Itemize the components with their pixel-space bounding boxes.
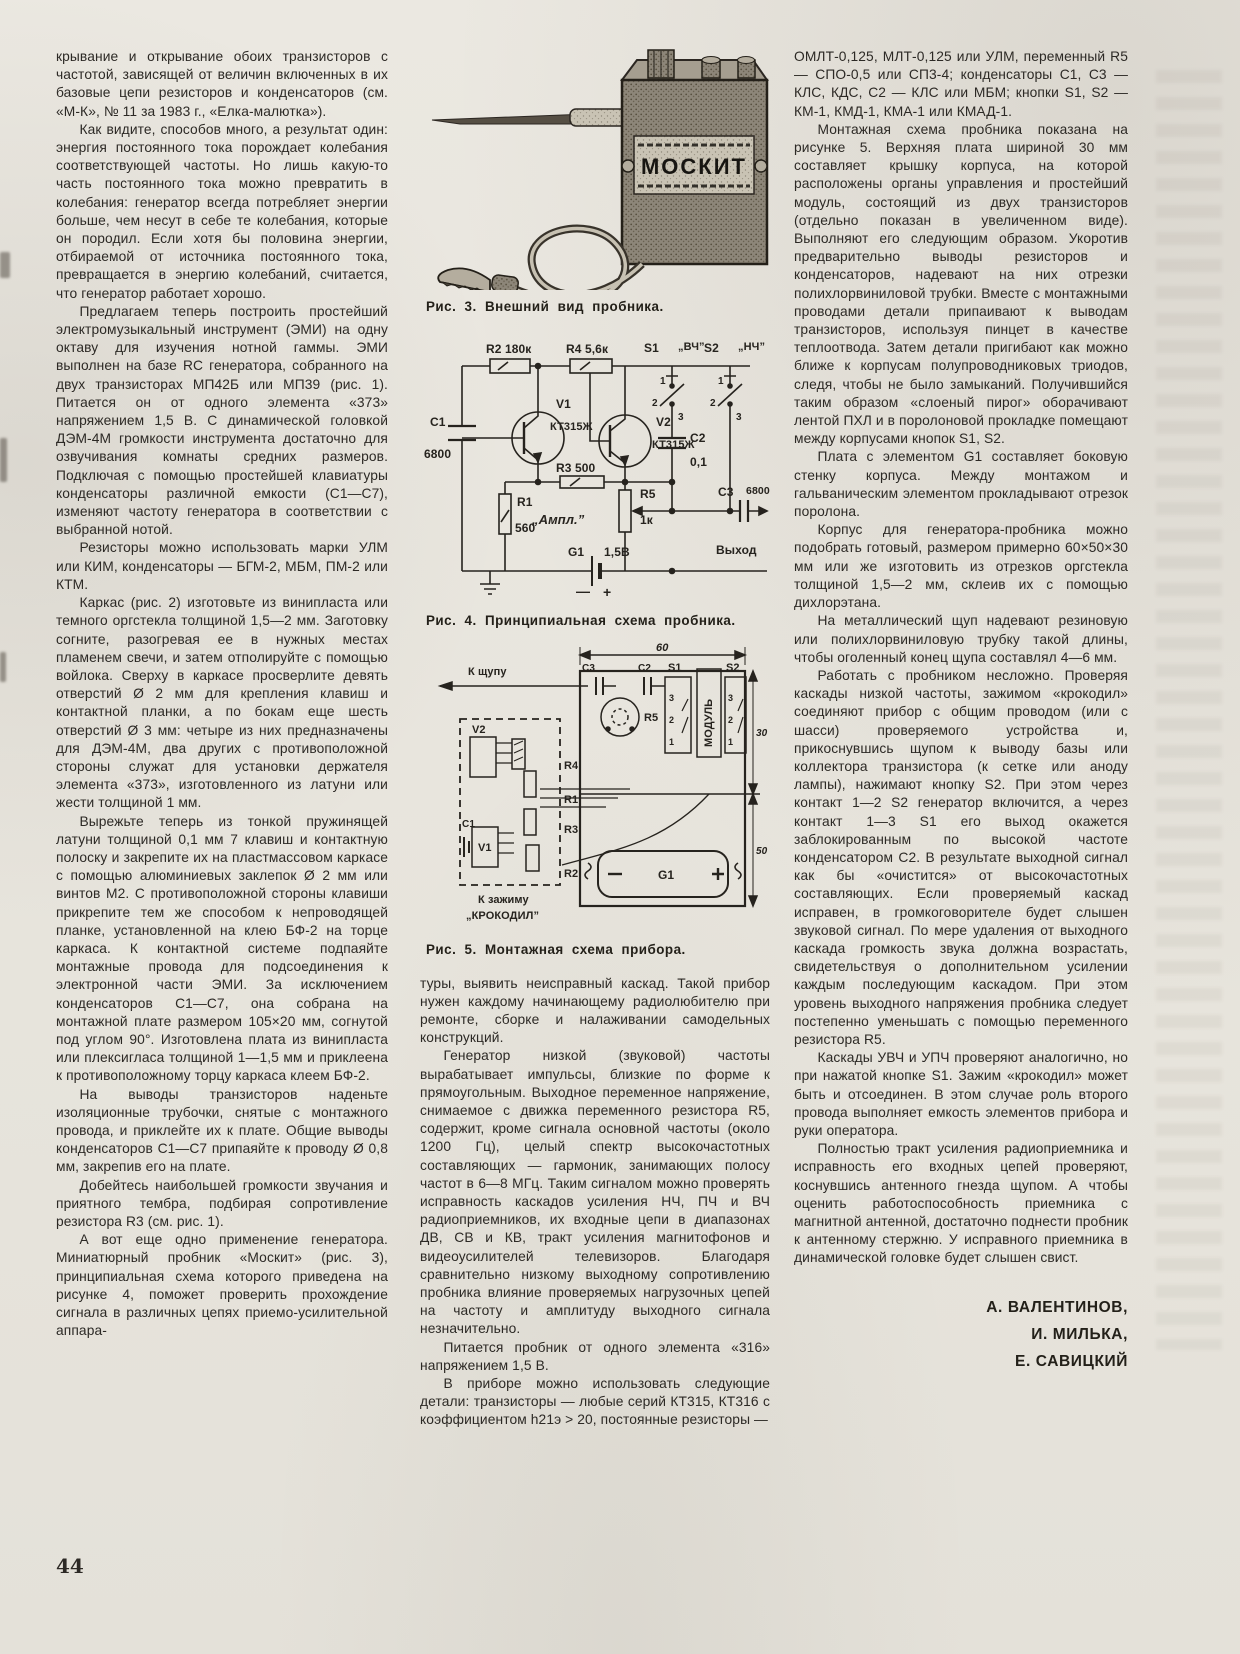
label-s2: S2 — [704, 341, 719, 355]
s2-contact-2: 2 — [710, 398, 716, 409]
label-battery-minus: — — [576, 583, 590, 599]
label-s1: S1 — [644, 341, 659, 355]
author-name: Е. САВИЦКИЙ — [794, 1348, 1128, 1375]
knob-small-2 — [738, 57, 756, 79]
s1-contact-2: 2 — [669, 715, 674, 725]
paragraph: Предлагаем теперь построить простейший э… — [56, 303, 388, 540]
paragraph: В приборе можно использовать следующие д… — [420, 1375, 770, 1430]
label-probe-lead: К щупу — [468, 666, 507, 678]
figure-5-caption: Рис. 5. Монтажная схема прибора. — [426, 941, 770, 959]
right-column: ОМЛТ-0,125, МЛТ-0,125 или УЛМ, переменны… — [794, 48, 1128, 1375]
label-r1: R1 — [517, 495, 533, 509]
label-r2: R2 180к — [486, 342, 532, 356]
label-r4: R4 — [564, 760, 579, 772]
paragraph: Каркас (рис. 2) изготовьте из винипласта… — [56, 594, 388, 812]
scan-artifact-ghost-text — [1156, 70, 1222, 1350]
label-dim-30: 30 — [756, 728, 768, 739]
label-g1: G1 — [658, 868, 674, 882]
paragraph: Резисторы можно использовать марки УЛМ и… — [56, 539, 388, 594]
label-s1-mode: „ВЧ” — [678, 341, 705, 353]
label-battery-plus: + — [603, 584, 611, 600]
label-s2: S2 — [726, 662, 740, 674]
paragraph: Вырежьте теперь из тонкой пружинящей лат… — [56, 813, 388, 1086]
device-label: МОСКИТ — [641, 154, 747, 179]
paragraph: Питается пробник от одного элемента «316… — [420, 1339, 770, 1375]
middle-column: МОСКИТ Рис. 3. Внешний вид пробника. — [420, 48, 770, 1430]
label-c3: C3 — [718, 485, 734, 499]
page-number: 44 — [56, 1554, 84, 1578]
label-c1: C1 — [430, 415, 446, 429]
label-r3: R3 — [564, 824, 578, 836]
author-name: А. ВАЛЕНТИНОВ, — [794, 1294, 1128, 1321]
label-c3-value: 6800 — [746, 485, 770, 497]
knob-small-1 — [702, 57, 720, 79]
authors-block: А. ВАЛЕНТИНОВ, И. МИЛЬКА, Е. САВИЦКИЙ — [794, 1294, 1128, 1375]
left-column: крывание и открывание обоих транзисторов… — [56, 48, 388, 1340]
middle-column-text: туры, выявить неисправный каскад. Такой … — [420, 975, 770, 1430]
label-r5: R5 — [640, 487, 656, 501]
label-c2: C2 — [690, 431, 706, 445]
label-c1: C1 — [462, 819, 475, 830]
screw — [622, 160, 634, 172]
s1-contact-1: 1 — [669, 737, 674, 747]
label-g1: G1 — [568, 545, 584, 559]
label-c3: C3 — [582, 663, 595, 674]
paragraph: Корпус для генератора-пробника можно под… — [794, 521, 1128, 612]
label-dim-50: 50 — [756, 846, 768, 857]
s1-contact-1: 1 — [660, 376, 666, 387]
label-v2: V2 — [656, 415, 671, 429]
author-name: И. МИЛЬКА, — [794, 1321, 1128, 1348]
label-r4: R4 5,6к — [566, 342, 609, 356]
figure-3-caption: Рис. 3. Внешний вид пробника. — [426, 298, 770, 316]
label-r1: R1 — [564, 794, 578, 806]
scan-artifact — [0, 438, 7, 482]
paragraph: А вот еще одно применение генератора. Ми… — [56, 1231, 388, 1340]
crocodile-clip — [438, 268, 519, 290]
figure-4-caption: Рис. 4. Принципиальная схема пробника. — [426, 612, 770, 630]
label-dim-60: 60 — [656, 642, 669, 654]
label-module: МОДУЛЬ — [703, 699, 715, 747]
label-v1-type: КТ315Ж — [550, 421, 593, 433]
label-clamp-1: К зажиму — [478, 894, 529, 906]
paragraph: Генератор низкой (звуковой) частоты выра… — [420, 1047, 770, 1338]
paragraph: Полностью тракт усиления радиоприемника … — [794, 1140, 1128, 1267]
label-r5: R5 — [644, 712, 658, 724]
scan-artifact — [0, 652, 6, 682]
paragraph: Как видите, способов много, а результат … — [56, 121, 388, 303]
assembly-lines — [440, 647, 760, 906]
label-r2: R2 — [564, 868, 578, 880]
scan-artifact — [0, 252, 10, 278]
s1-contact-3: 3 — [678, 412, 684, 423]
label-ampl: „Ампл.” — [531, 512, 585, 527]
screw — [755, 160, 767, 172]
s2-contact-1: 1 — [718, 376, 724, 387]
paragraph: Монтажная схема пробника показана на рис… — [794, 121, 1128, 449]
knob-large — [648, 50, 674, 78]
schematic-labels: R2 180к R4 5,6к C1 6800 V1 КТ315Ж V2 КТ3… — [424, 341, 770, 600]
label-v2: V2 — [472, 724, 486, 736]
paragraph: крывание и открывание обоих транзисторов… — [56, 48, 388, 121]
label-r5-value: 1к — [640, 513, 654, 527]
device-body: МОСКИТ — [622, 50, 767, 264]
s1-contact-3: 3 — [669, 693, 674, 703]
s2-contact-3: 3 — [736, 412, 742, 423]
paragraph: Плата с элементом G1 составляет боковую … — [794, 448, 1128, 521]
label-r3: R3 500 — [556, 461, 596, 475]
paragraph: Работать с пробником несложно. Проверяя … — [794, 667, 1128, 1049]
figure-3-probe-photo: МОСКИТ — [420, 48, 770, 290]
label-c2-value: 0,1 — [690, 455, 707, 469]
s2-contact-1: 1 — [728, 737, 733, 747]
label-v2-type: КТ315Ж — [652, 439, 695, 451]
assembly-labels: 60 К щупу C3 C2 S1 S2 R5 МОДУЛЬ 30 50 V2… — [462, 642, 768, 922]
label-s2-mode: „НЧ” — [738, 341, 765, 353]
label-output: Выход — [716, 543, 757, 557]
probe-rod — [432, 109, 626, 126]
label-v1: V1 — [556, 397, 571, 411]
figure-5-assembly-drawing: 60 К щупу C3 C2 S1 S2 R5 МОДУЛЬ 30 50 V2… — [420, 641, 770, 933]
label-s1: S1 — [668, 662, 682, 674]
label-v1: V1 — [478, 842, 492, 854]
label-c2: C2 — [638, 663, 651, 674]
s2-contact-2: 2 — [728, 715, 733, 725]
paragraph: На выводы транзисторов наденьте изоляцио… — [56, 1086, 388, 1177]
label-g1-value: 1,5В — [604, 545, 630, 559]
s2-contact-3: 3 — [728, 693, 733, 703]
paragraph: ОМЛТ-0,125, МЛТ-0,125 или УЛМ, переменны… — [794, 48, 1128, 121]
paragraph: Каскады УВЧ и УПЧ проверяют аналогично, … — [794, 1049, 1128, 1140]
paragraph: На металлический щуп надевают резиновую … — [794, 612, 1128, 667]
label-clamp-2: „КРОКОДИЛ” — [466, 910, 539, 922]
paragraph: Добейтесь наибольшей громкости звучания … — [56, 1177, 388, 1232]
magazine-scan-page: { "page": { "number": "44" }, "columns":… — [0, 0, 1240, 1654]
figure-4-schematic: R2 180к R4 5,6к C1 6800 V1 КТ315Ж V2 КТ3… — [420, 326, 770, 604]
label-c1-value: 6800 — [424, 447, 451, 461]
paragraph: туры, выявить неисправный каскад. Такой … — [420, 975, 770, 1048]
s1-contact-2: 2 — [652, 398, 658, 409]
